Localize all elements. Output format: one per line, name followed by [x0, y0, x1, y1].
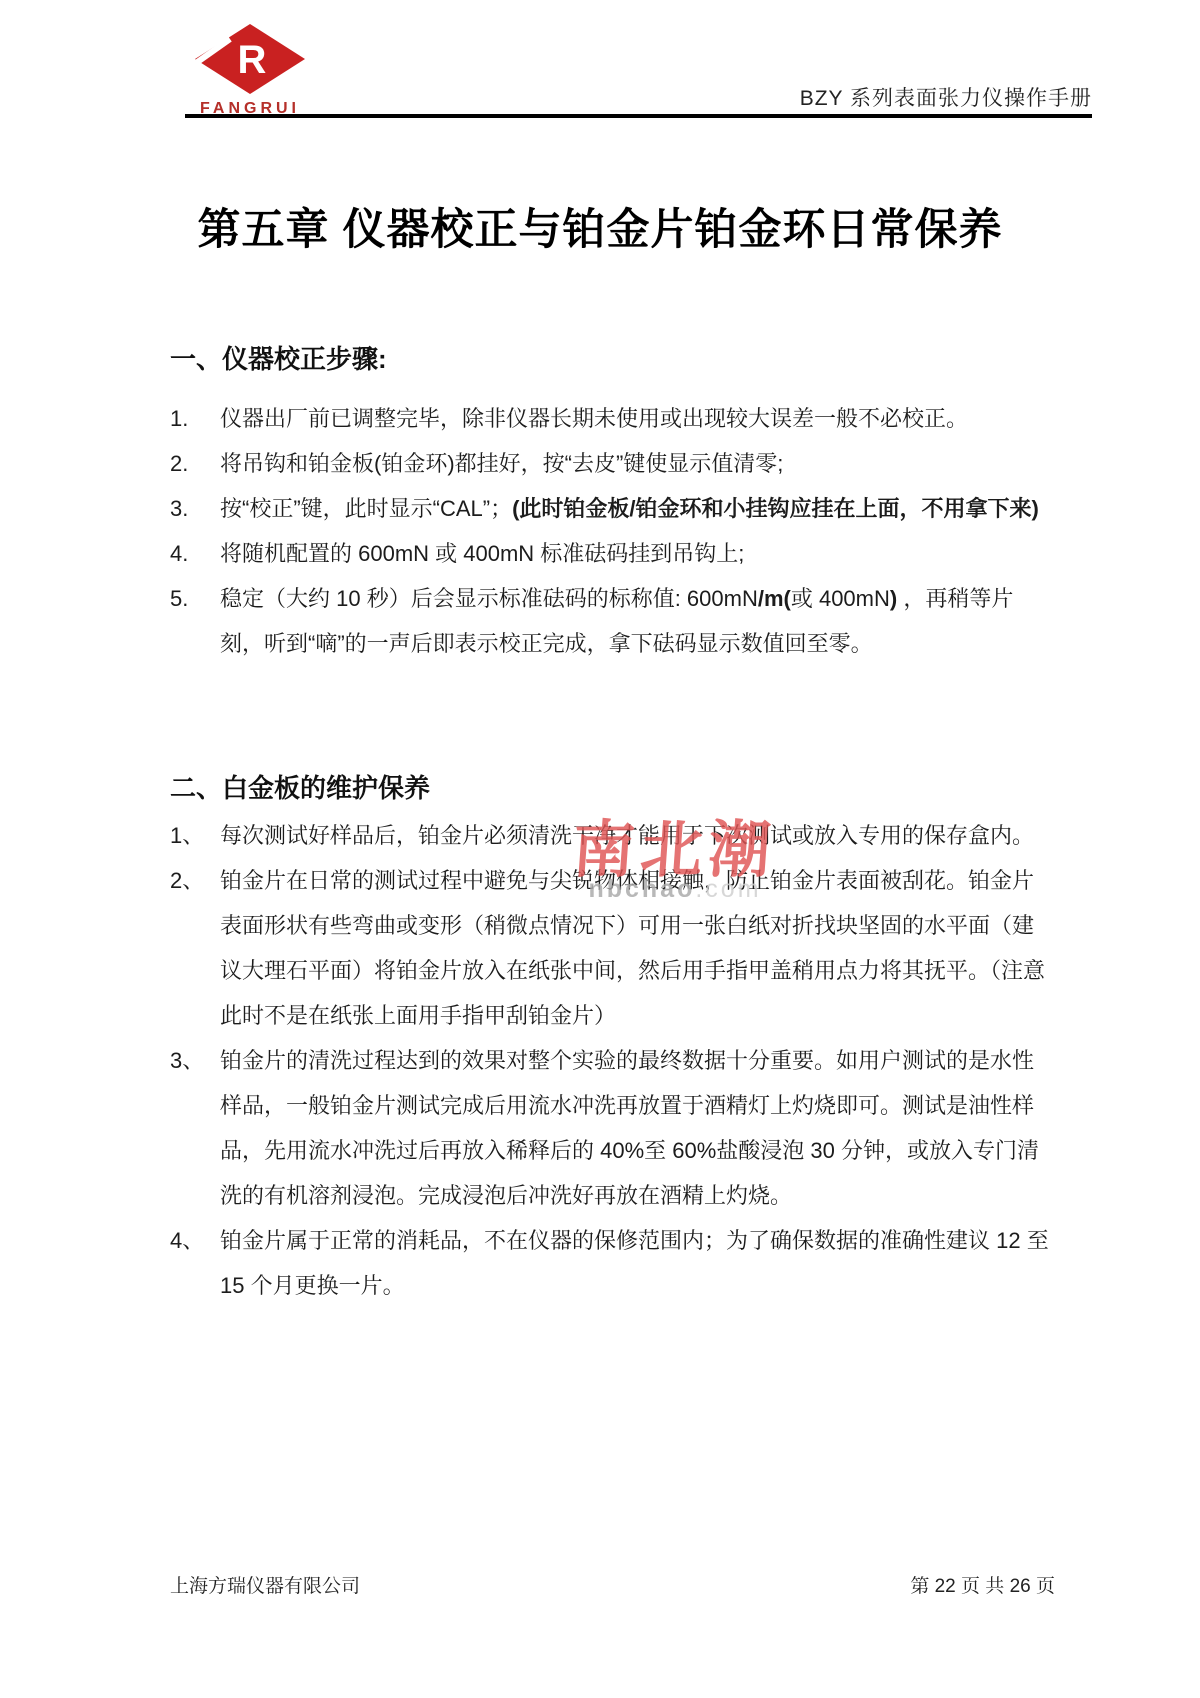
- text-segment: 仪器出厂前已调整完毕，除非仪器长期未使用或出现较大误差一般不必校正。: [220, 406, 968, 431]
- list-item-marker: 4.: [170, 531, 220, 576]
- list-item-text: 将吊钩和铂金板(铂金环)都挂好，按“去皮”键使显示值清零;: [220, 441, 1050, 486]
- page-footer: 上海方瑞仪器有限公司 第 22 页 共 26 页: [170, 1571, 1055, 1598]
- list-item-text: 将随机配置的 600mN 或 400mN 标准砝码挂到吊钩上;: [220, 531, 1050, 576]
- list-item-marker: 1.: [170, 396, 220, 441]
- chapter-title: 第五章 仪器校正与铂金片铂金环日常保养: [0, 196, 1200, 257]
- list-item: 4.将随机配置的 600mN 或 400mN 标准砝码挂到吊钩上;: [170, 531, 1050, 576]
- text-segment: 将随机配置的 600mN 或 400mN 标准砝码挂到吊钩上;: [220, 541, 744, 566]
- maintenance-notes-list: 1、每次测试好样品后，铂金片必须清洗干净才能用于下次测试或放入专用的保存盒内。2…: [170, 813, 1050, 1308]
- list-item-marker: 2、: [170, 858, 220, 1038]
- list-item-text: 每次测试好样品后，铂金片必须清洗干净才能用于下次测试或放入专用的保存盒内。: [220, 813, 1050, 858]
- text-segment: 每次测试好样品后，铂金片必须清洗干净才能用于下次测试或放入专用的保存盒内。: [220, 823, 1034, 848]
- footer-page-number: 第 22 页 共 26 页: [910, 1571, 1055, 1598]
- list-item: 2、铂金片在日常的测试过程中避免与尖锐物体相接触，防止铂金片表面被刮花。铂金片表…: [170, 858, 1050, 1038]
- text-segment: 按“校正”键，此时显示“CAL”；: [220, 496, 512, 521]
- fangrui-logo: R FANGRUI: [185, 21, 315, 118]
- text-segment: 将吊钩和铂金板(铂金环)都挂好，按“去皮”键使显示值清零;: [220, 451, 783, 476]
- list-item-marker: 4、: [170, 1218, 220, 1308]
- bold-text-segment: (此时铂金板/铂金环和小挂钩应挂在上面，不用拿下来): [512, 496, 1039, 521]
- list-item: 1.仪器出厂前已调整完毕，除非仪器长期未使用或出现较大误差一般不必校正。: [170, 396, 1050, 441]
- list-item: 3.按“校正”键，此时显示“CAL”；(此时铂金板/铂金环和小挂钩应挂在上面，不…: [170, 486, 1050, 531]
- list-item-marker: 1、: [170, 813, 220, 858]
- list-item: 1、每次测试好样品后，铂金片必须清洗干净才能用于下次测试或放入专用的保存盒内。: [170, 813, 1050, 858]
- calibration-steps-list: 1.仪器出厂前已调整完毕，除非仪器长期未使用或出现较大误差一般不必校正。2.将吊…: [170, 396, 1050, 666]
- page-body: 一、仪器校正步骤: 1.仪器出厂前已调整完毕，除非仪器长期未使用或出现较大误差一…: [0, 337, 1200, 1308]
- page-header: R FANGRUI BZY 系列表面张力仪操作手册: [185, 26, 1092, 118]
- bold-text-segment: /m(: [758, 586, 791, 611]
- text-segment: 稳定（大约 10 秒）后会显示标准砝码的标称值: 600mN: [220, 586, 758, 611]
- document-title: BZY 系列表面张力仪操作手册: [800, 82, 1092, 114]
- list-item-marker: 3.: [170, 486, 220, 531]
- section-heading-calibration: 一、仪器校正步骤:: [170, 337, 1050, 382]
- footer-company: 上海方瑞仪器有限公司: [170, 1571, 360, 1598]
- list-item-marker: 3、: [170, 1038, 220, 1218]
- text-segment: 或 400mN: [791, 586, 890, 611]
- list-item-text: 铂金片在日常的测试过程中避免与尖锐物体相接触，防止铂金片表面被刮花。铂金片表面形…: [220, 858, 1050, 1038]
- list-item: 3、铂金片的清洗过程达到的效果对整个实验的最终数据十分重要。如用户测试的是水性样…: [170, 1038, 1050, 1218]
- list-item: 4、铂金片属于正常的消耗品，不在仪器的保修范围内；为了确保数据的准确性建议 12…: [170, 1218, 1050, 1308]
- list-item: 5.稳定（大约 10 秒）后会显示标准砝码的标称值: 600mN/m(或 400…: [170, 576, 1050, 666]
- list-item-marker: 2.: [170, 441, 220, 486]
- list-item-text: 按“校正”键，此时显示“CAL”；(此时铂金板/铂金环和小挂钩应挂在上面，不用拿…: [220, 486, 1050, 531]
- section-heading-maintenance: 二、白金板的维护保养: [170, 766, 1050, 811]
- list-item-marker: 5.: [170, 576, 220, 666]
- text-segment: 铂金片在日常的测试过程中避免与尖锐物体相接触，防止铂金片表面被刮花。铂金片表面形…: [220, 868, 1045, 1028]
- fangrui-diamond-icon: R: [192, 21, 308, 97]
- list-item-text: 铂金片属于正常的消耗品，不在仪器的保修范围内；为了确保数据的准确性建议 12 至…: [220, 1218, 1050, 1308]
- list-item-text: 稳定（大约 10 秒）后会显示标准砝码的标称值: 600mN/m(或 400mN…: [220, 576, 1050, 666]
- text-segment: 铂金片属于正常的消耗品，不在仪器的保修范围内；为了确保数据的准确性建议 12 至…: [220, 1228, 1049, 1298]
- list-item-text: 仪器出厂前已调整完毕，除非仪器长期未使用或出现较大误差一般不必校正。: [220, 396, 1050, 441]
- list-item: 2.将吊钩和铂金板(铂金环)都挂好，按“去皮”键使显示值清零;: [170, 441, 1050, 486]
- text-segment: 铂金片的清洗过程达到的效果对整个实验的最终数据十分重要。如用户测试的是水性样品，…: [220, 1048, 1039, 1208]
- manual-page: R FANGRUI BZY 系列表面张力仪操作手册 南北潮 nbchao.com…: [0, 0, 1200, 1698]
- list-item-text: 铂金片的清洗过程达到的效果对整个实验的最终数据十分重要。如用户测试的是水性样品，…: [220, 1038, 1050, 1218]
- logo-brand-text: FANGRUI: [185, 100, 315, 118]
- logo-letter: R: [238, 38, 267, 82]
